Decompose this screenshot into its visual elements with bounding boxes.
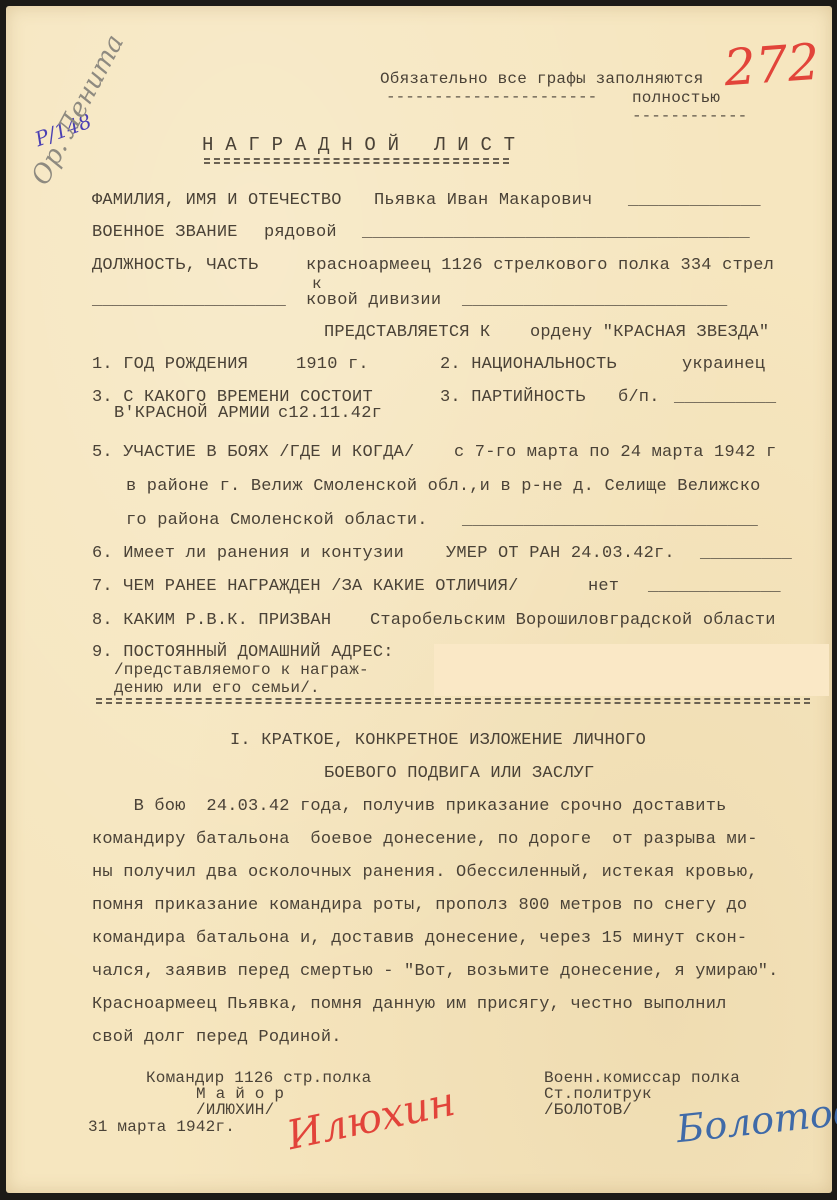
party-fill-line: __________ <box>674 389 776 406</box>
redacted-address <box>434 644 829 696</box>
draft-label: 8. КАКИМ Р.В.К. ПРИЗВАН <box>92 612 331 629</box>
left-signer-title: Командир 1126 стр.полка <box>146 1070 371 1086</box>
header-note-underline: ---------------------- <box>386 89 597 105</box>
name-fill-line: _____________ <box>628 192 761 209</box>
wounds-label: 6. Имеет ли ранения и контузии <box>92 545 404 562</box>
position-fill-line-left: ___________________ <box>92 292 286 309</box>
awards-label: 7. ЧЕМ РАНЕЕ НАГРАЖДЕН /ЗА КАКИЕ ОТЛИЧИЯ… <box>92 578 518 595</box>
position-value-line2: ковой дивизии <box>306 292 441 309</box>
left-signer-name: /ИЛЮХИН/ <box>196 1102 274 1118</box>
nominated-label: ПРЕДСТАВЛЯЕТСЯ К <box>324 324 490 341</box>
battles-fill-line: _____________________________ <box>462 512 758 529</box>
nationality-label: 2. НАЦИОНАЛЬНОСТЬ <box>440 356 617 373</box>
address-label-line2: /представляемого к награж- <box>114 662 369 678</box>
right-signer-name: /БОЛОТОВ/ <box>544 1102 632 1118</box>
title-underline <box>204 158 509 164</box>
party-label: 3. ПАРТИЙНОСТЬ <box>440 389 586 406</box>
battles-value-line3: го района Смоленской области. <box>126 512 428 529</box>
birth-value: 1910 г. <box>296 356 369 373</box>
rank-value: рядовой <box>264 224 337 241</box>
narrative-line: чался, заявив перед смертью - "Вот, возь… <box>92 963 779 980</box>
left-signer-rank: М а й о р <box>196 1086 284 1102</box>
section-title-line1: I. КРАТКОЕ, КОНКРЕТНОЕ ИЗЛОЖЕНИЕ ЛИЧНОГО <box>230 732 646 749</box>
narrative-line: свой долг перед Родиной. <box>92 1029 342 1046</box>
narrative-line: Красноармеец Пьявка, помня данную им при… <box>92 996 727 1013</box>
narrative-line: командира батальона и, доставив донесени… <box>92 930 747 947</box>
battles-label: 5. УЧАСТИЕ В БОЯХ /ГДЕ И КОГДА/ <box>92 444 414 461</box>
position-label: ДОЛЖНОСТЬ, ЧАСТЬ <box>92 257 258 274</box>
document-date: 31 марта 1942г. <box>88 1119 235 1135</box>
address-label-line3: дению или его семьи/. <box>114 680 320 696</box>
document-title: Н А Г Р А Д Н О Й Л И С Т <box>202 136 515 155</box>
wounds-fill-line: _________ <box>700 545 792 562</box>
awards-value: нет <box>588 578 619 595</box>
nominated-value: ордену "КРАСНАЯ ЗВЕЗДА" <box>530 324 769 341</box>
birth-label: 1. ГОД РОЖДЕНИЯ <box>92 356 248 373</box>
wounds-value: УМЕР ОТ РАН 24.03.42г. <box>446 545 675 562</box>
position-fill-line-right: __________________________ <box>462 292 727 309</box>
narrative-line: помня приказание командира роты, прополз… <box>92 897 747 914</box>
section-title-line2: БОЕВОГО ПОДВИГА ИЛИ ЗАСЛУГ <box>324 765 594 782</box>
left-signature: Илюхин <box>283 1079 459 1159</box>
address-label-line1: 9. ПОСТОЯННЫЙ ДОМАШНИЙ АДРЕС: <box>92 644 394 661</box>
awards-fill-line: _____________ <box>648 578 781 595</box>
party-value: б/п. <box>618 389 660 406</box>
archive-number: 272 <box>722 33 821 98</box>
narrative-line: ны получил два осколочных ранения. Обесс… <box>92 864 758 881</box>
rank-label: ВОЕННОЕ ЗВАНИЕ <box>92 224 238 241</box>
header-note-line1: Обязательно все графы заполняются <box>380 71 703 87</box>
narrative-line: командиру батальона боевое донесение, по… <box>92 831 758 848</box>
right-signer-title: Военн.комиссар полка <box>544 1070 740 1086</box>
service-value: с12.11.42г <box>278 405 382 422</box>
name-value: Пьявка Иван Макарович <box>374 192 592 209</box>
section-separator <box>96 698 810 704</box>
narrative-line: В бою 24.03.42 года, получив приказание … <box>92 798 727 815</box>
award-sheet-page: 272 Обязательно все графы заполняются --… <box>6 6 832 1193</box>
header-note-underline2: ------------ <box>632 108 747 124</box>
header-note-line2: полностью <box>632 90 720 106</box>
position-value-hyphen: к <box>312 276 322 292</box>
right-signer-rank: Ст.политрук <box>544 1086 652 1102</box>
rank-fill-line: ______________________________________ <box>362 224 750 241</box>
battles-value-line1: с 7-го марта по 24 марта 1942 г <box>454 444 776 461</box>
nationality-value: украинец <box>682 356 765 373</box>
pencil-margin-note: Ор. Лениmа <box>26 30 130 190</box>
battles-value-line2: в районе г. Велиж Смоленской обл.,и в р-… <box>126 478 761 495</box>
right-signature: Болотов <box>674 1089 837 1151</box>
draft-value: Старобельским Ворошиловградской области <box>370 612 776 629</box>
service-label-line2: В'КРАСНОЙ АРМИИ <box>114 405 270 422</box>
name-label: ФАМИЛИЯ, ИМЯ И ОТЕЧЕСТВО <box>92 192 342 209</box>
position-value-line1: красноармеец 1126 стрелкового полка 334 … <box>306 257 774 274</box>
